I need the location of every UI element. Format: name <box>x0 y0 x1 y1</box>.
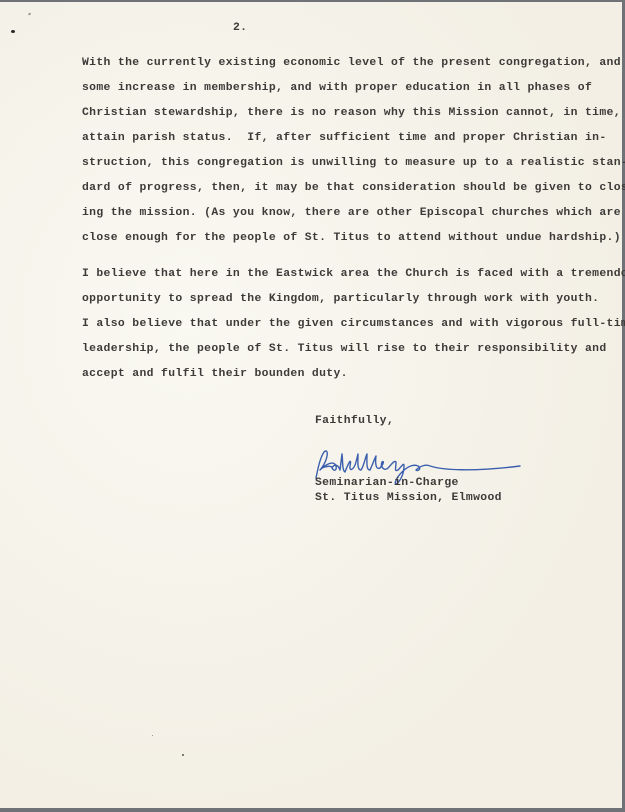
paragraph-1-line-3: Christian stewardship, there is no reaso… <box>82 107 621 119</box>
paragraph-2-line-3: I also believe that under the given circ… <box>82 318 625 330</box>
paragraph-1-line-1: With the currently existing economic lev… <box>82 57 621 69</box>
paragraph-2-line-1: I believe that here in the Eastwick area… <box>82 268 625 280</box>
signature-title: Seminarian-in-Charge <box>315 477 459 489</box>
paragraph-2-line-2: opportunity to spread the Kingdom, parti… <box>82 293 599 305</box>
paragraph-1-line-2: some increase in membership, and with pr… <box>82 82 592 94</box>
paragraph-2-line-4: leadership, the people of St. Titus will… <box>82 343 607 355</box>
letter-page: 2. With the currently existing economic … <box>0 2 622 808</box>
page-number: 2. <box>233 22 247 34</box>
staple-hole-mark <box>11 30 15 33</box>
paragraph-1-line-8: close enough for the people of St. Titus… <box>82 232 621 244</box>
paragraph-1-line-6: dard of progress, then, it may be that c… <box>82 182 625 194</box>
closing-salutation: Faithfully, <box>315 415 394 427</box>
paper-mark <box>28 12 32 15</box>
signature-organization: St. Titus Mission, Elmwood <box>315 492 502 504</box>
paragraph-1-line-5: struction, this congregation is unwillin… <box>82 157 625 169</box>
paragraph-1-line-4: attain parish status. If, after sufficie… <box>82 132 607 144</box>
paper-speck <box>182 754 184 756</box>
paragraph-2-line-5: accept and fulfil their bounden duty. <box>82 368 348 380</box>
paper-speck <box>152 735 153 736</box>
paragraph-1-line-7: ing the mission. (As you know, there are… <box>82 207 621 219</box>
